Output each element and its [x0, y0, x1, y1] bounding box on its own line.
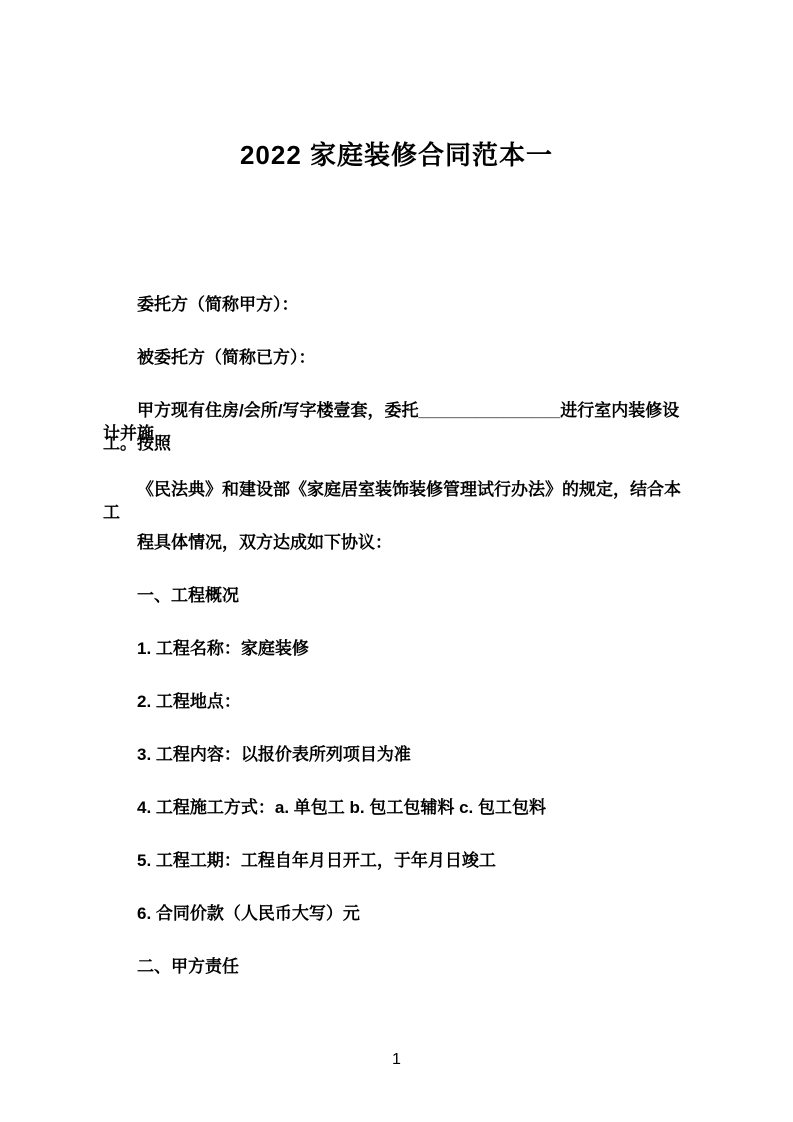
clause-construction-method: 4. 工程施工方式：a. 单包工 b. 包工包辅料 c. 包工包料 — [103, 796, 693, 819]
paragraph-regulation-line2: 程具体情况，双方达成如下协议： — [103, 531, 693, 554]
clause-project-name: 1. 工程名称：家庭装修 — [103, 637, 693, 660]
document-title: 2022 家庭装修合同范本一 — [0, 138, 793, 172]
clause-project-location: 2. 工程地点： — [103, 690, 693, 713]
clause-contract-price: 6. 合同价款（人民币大写）元 — [103, 902, 693, 925]
page-number: 1 — [0, 1051, 793, 1069]
paragraph-entrusted-party: 被委托方（简称已方）： — [103, 346, 693, 369]
paragraph-commission-line2: 工。按照 — [103, 432, 693, 455]
section-heading-party-a-responsibility: 二、甲方责任 — [103, 955, 693, 978]
clause-project-duration: 5. 工程工期：工程自年月日开工，于年月日竣工 — [103, 849, 693, 872]
section-heading-project-overview: 一、工程概况 — [103, 584, 693, 607]
paragraph-entrusting-party: 委托方（简称甲方）： — [103, 293, 693, 316]
paragraph-regulation-line1: 《民法典》和建设部《家庭居室装饰装修管理试行办法》的规定，结合本工 — [103, 478, 693, 524]
document-page: 2022 家庭装修合同范本一 委托方（简称甲方）： 被委托方（简称已方）： 甲方… — [0, 0, 793, 1122]
clause-project-content: 3. 工程内容：以报价表所列项目为准 — [103, 743, 693, 766]
